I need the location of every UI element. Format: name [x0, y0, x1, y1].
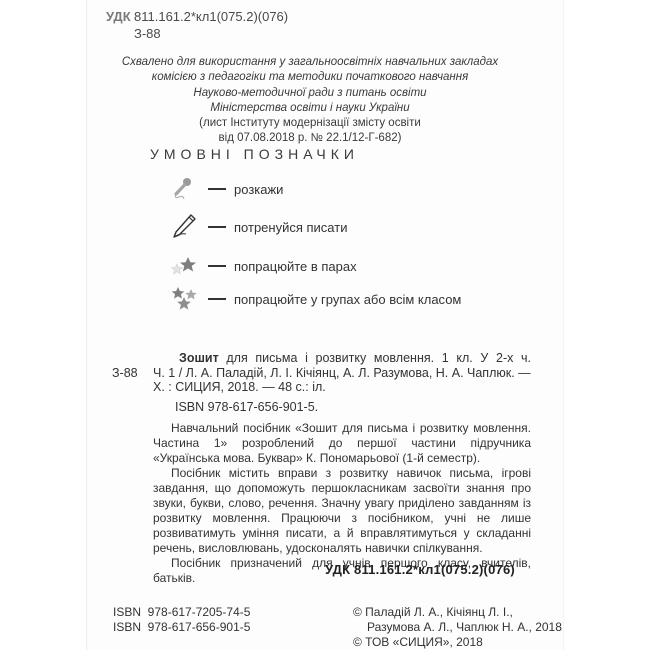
legend-item-tell: розкажи [170, 177, 283, 201]
legend-label: розкажи [234, 182, 283, 197]
book-title: Зошит [179, 351, 219, 365]
legend-label: потренуйся писати [234, 220, 347, 235]
copyright-line: © Паладій Л. А., Кічіянц Л. І., [353, 605, 562, 620]
isbn-entry: ISBN 978-617-7205-74-5 [113, 605, 250, 620]
microphone-icon [170, 177, 204, 201]
udk-label: УДК [106, 9, 131, 24]
approval-line: Науково-методичної ради з питань освіти [110, 86, 510, 101]
approval-line: комісією з педагогіки та методики початк… [110, 70, 510, 85]
dash [208, 265, 226, 267]
biblio-isbn: ISBN 978-617-656-901-5. [175, 400, 318, 414]
isbn-entry: ISBN 978-617-656-901-5 [113, 620, 250, 635]
copyright-block: © Паладій Л. А., Кічіянц Л. І., Разумова… [353, 605, 562, 650]
legend-title: УМОВНІ ПОЗНАЧКИ [150, 146, 430, 162]
bibliographic-record: Зошит для письма і розвитку мовлення. 1 … [153, 351, 531, 395]
legend-item-write: потренуйся писати [170, 215, 347, 239]
approval-line: Схвалено для використання у загальноосві… [110, 55, 510, 70]
approval-line: Міністерства освіти і науки України [110, 101, 510, 116]
biblio-line-3: Х. : СИЦИЯ, 2018. — 48 с.: іл. [153, 380, 531, 395]
dash [208, 188, 226, 190]
dash [208, 226, 226, 228]
pencil-icon [170, 215, 204, 239]
biblio-line-2: Ч. 1 / Л. А. Паладій, Л. І. Кічіянц, А. … [153, 366, 531, 381]
library-code-side: З-88 [112, 366, 138, 380]
two-stars-icon [170, 254, 204, 278]
legend-label: попрацюйте у групах або всім класом [234, 292, 461, 307]
isbn-list: ISBN 978-617-7205-74-5 ISBN 978-617-656-… [113, 605, 250, 635]
biblio-title-rest: для письма і розвитку мовлення. 1 кл. У … [219, 351, 531, 365]
approval-line: від 07.08.2018 р. № 22.1/12-Г-682) [110, 131, 510, 146]
udk-code: 811.161.2*кл1(075.2)(076) [134, 9, 288, 24]
annotation-paragraph: Посібник містить вправи з розвитку навич… [153, 466, 531, 556]
copyright-line: Разумова А. Л., Чаплюк Н. А., 2018 [353, 620, 562, 635]
approval-line: (лист Інституту модернізації змісту осві… [110, 116, 510, 131]
copyright-line: © ТОВ «СИЦИЯ», 2018 [353, 635, 562, 650]
biblio-line-1: Зошит для письма і розвитку мовлення. 1 … [153, 351, 531, 366]
udk-bottom: УДК 811.161.2*кл1(075.2)(076) [325, 562, 515, 577]
legend-item-pairs: попрацюйте в парах [170, 254, 357, 278]
library-code: З-88 [134, 26, 161, 41]
approval-notice: Схвалено для використання у загальноосві… [110, 55, 510, 147]
legend-label: попрацюйте в парах [234, 259, 357, 274]
annotation-paragraph: Навчальний посібник «Зошит для письма і … [153, 421, 531, 466]
three-stars-icon [170, 287, 204, 311]
legend-item-groups: попрацюйте у групах або всім класом [170, 287, 461, 311]
dash [208, 298, 226, 300]
